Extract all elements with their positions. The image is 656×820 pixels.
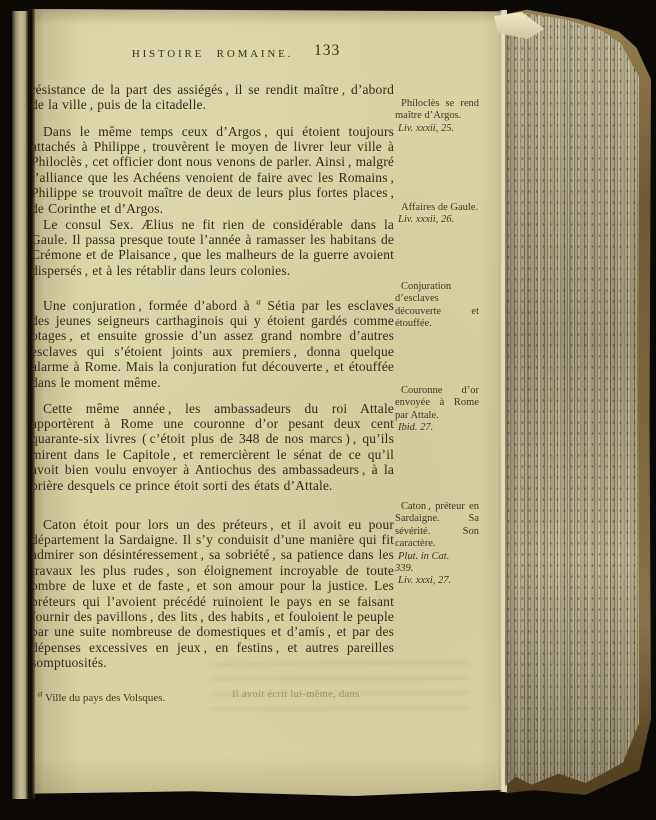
margin-note-ref: Plut. in Cat. 339.: [395, 551, 479, 576]
margin-note: Philoclès se rend maître d’Argos. Liv. x…: [395, 98, 479, 135]
margin-note-ref: Liv. xxxi, 27.: [395, 575, 479, 587]
paragraph-continuation: résistance de la part des assiégés , il …: [31, 82, 394, 113]
paragraph-conjuration: Une conjuration , formée d’abord à a Sét…: [31, 298, 394, 390]
margin-note-text: Conjuration d’esclaves découverte et éto…: [395, 281, 479, 331]
paragraph-couronne: Cette même année , les ambassadeurs du r…: [31, 401, 394, 493]
margin-note: Caton , préteur en Sardaigne. Sa sévérit…: [395, 501, 479, 588]
footnote: a Ville du pays des Volsques.: [38, 692, 398, 704]
page-number: 133: [314, 42, 340, 60]
margin-note-ref: Liv. xxxii, 25.: [395, 123, 479, 135]
paragraph-caton: Caton étoit pour lors un des préteurs , …: [31, 517, 394, 671]
margin-note-ref: Liv. xxxii, 26.: [395, 214, 479, 226]
margin-note-text: Caton , préteur en Sardaigne. Sa sévérit…: [395, 501, 479, 551]
fore-edge-page-stack: [505, 10, 639, 794]
paragraph-gaule: Le consul Sex. Ælius ne fit rien de cons…: [31, 217, 394, 279]
margin-note: Affaires de Gaule. Liv. xxxii, 26.: [395, 202, 479, 227]
margin-note: Couronne d’or envoyée à Rome par Attale.…: [395, 385, 479, 435]
book-scan: HISTOIRE ROMAINE. 133 résistance de la p…: [0, 0, 656, 820]
margin-note-text: Philoclès se rend maître d’Argos.: [395, 98, 479, 123]
margin-note: Conjuration d’esclaves découverte et éto…: [395, 281, 479, 331]
margin-note-ref: Ibid. 27.: [395, 422, 479, 434]
paragraph-conjuration-text: Une conjuration , formée d’abord à: [43, 298, 256, 313]
paragraph-argos: Dans le même temps ceux d’Argos , qui ét…: [31, 124, 394, 216]
margin-note-text: Couronne d’or envoyée à Rome par Attale.: [395, 385, 479, 422]
margin-note-text: Affaires de Gaule.: [395, 202, 479, 214]
footnote-text: Ville du pays des Volsques.: [43, 692, 166, 704]
